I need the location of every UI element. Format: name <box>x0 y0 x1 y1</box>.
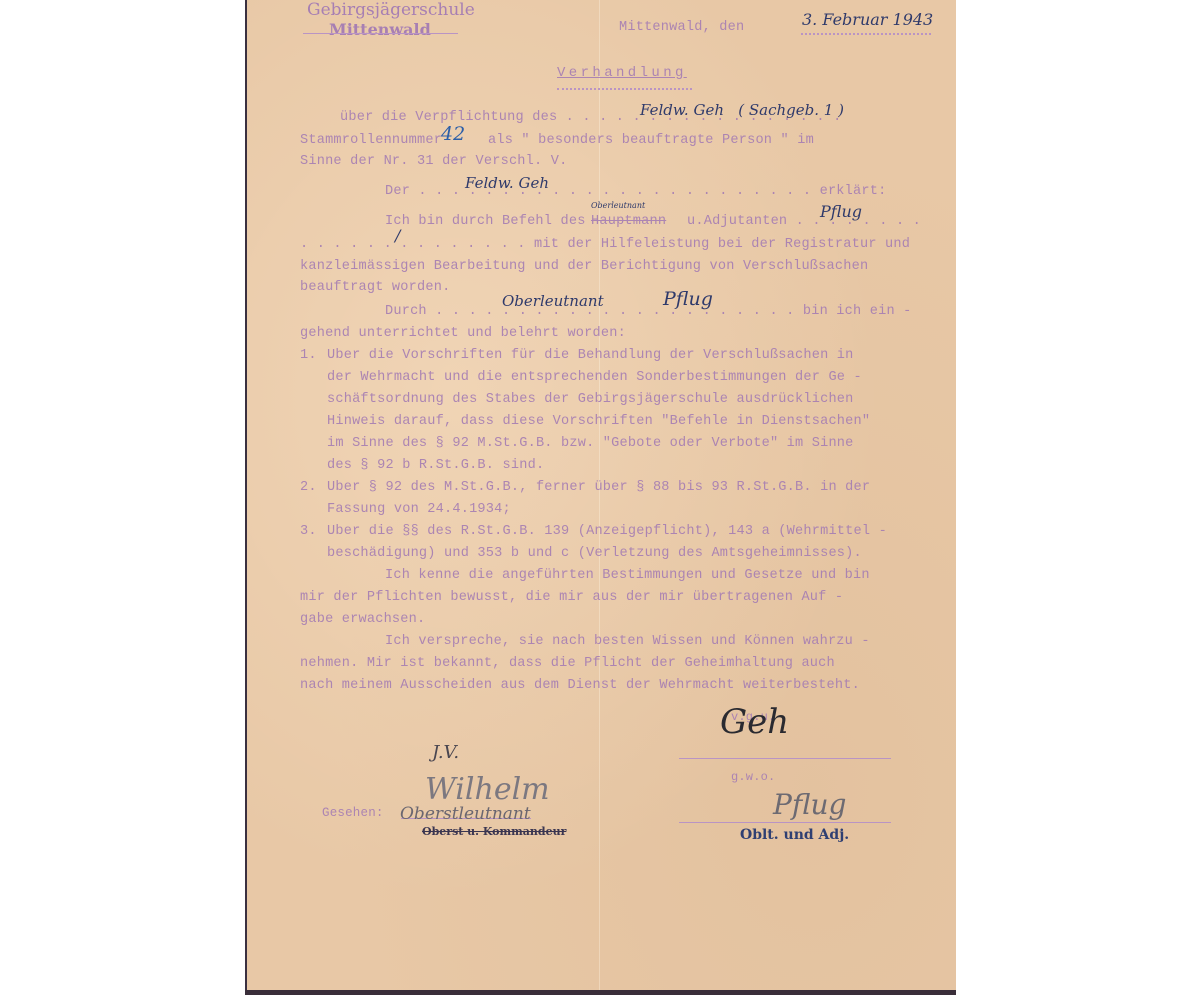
place-label: Mittenwald, den <box>619 20 744 35</box>
struck-rank: Hauptmann <box>591 214 666 229</box>
document-title: Verhandlung <box>557 65 687 81</box>
signature-line-top <box>679 758 891 759</box>
item-3-line: Über die §§ des R.St.G.B. 139 (Anzeigepf… <box>327 524 887 539</box>
item-2-line: Über § 92 des M.St.G.B., ferner über § 8… <box>327 480 870 495</box>
closing-para2-line: Ich verspreche, sie nach besten Wissen u… <box>385 634 870 649</box>
item-1-line: der Wehrmacht und die entsprechenden Son… <box>327 370 862 385</box>
date-handwritten: 3. Februar 1943 <box>802 10 933 29</box>
item-1-line: Hinweis darauf, dass diese Vorschriften … <box>327 414 870 429</box>
title-underline-dots <box>557 88 692 90</box>
assignment-line1b: u.Adjutanten . . . . . . . . <box>687 214 921 229</box>
item-2-line: Fassung von 24.4.1934; <box>327 502 511 517</box>
gwo-label: g.w.o. <box>731 770 775 784</box>
paper-edge <box>245 0 247 990</box>
closing-para1-line: mir der Pflichten bewusst, die mir aus d… <box>300 590 843 605</box>
assignment-line3: kanzleimässigen Bearbeitung und der Beri… <box>300 259 868 274</box>
letterhead-line2: Mittenwald <box>329 20 431 39</box>
item-2-number: 2. <box>300 480 317 495</box>
dash-mark-hand: / <box>395 226 400 245</box>
adjutant-signature: Pflug <box>773 788 846 821</box>
item-1-line: im Sinne des § 92 M.St.G.B. bzw. "Gebote… <box>327 436 854 451</box>
instructor-name-hand: Pflug <box>663 288 713 310</box>
date-dotted-line <box>801 33 931 35</box>
item-1-line: schäftsordnung des Stabes der Gebirgsjäg… <box>327 392 854 407</box>
intro-line3: Sinne der Nr. 31 der Verschl. V. <box>300 154 567 169</box>
closing-para1-line: gabe erwachsen. <box>300 612 425 627</box>
assignment-line2: . . . . . . . . . . . . . . mit der Hilf… <box>300 237 910 252</box>
intro-name-hand: Feldw. Geh ( Sachgeb. 1 ) <box>640 101 844 119</box>
assignment-line4: beauftragt worden. <box>300 280 450 295</box>
declarant-signature: Geh <box>720 702 789 742</box>
intro-line2-suffix: als " besonders beauftragte Person " im <box>488 133 814 148</box>
item-1-line: Über die Vorschriften für die Behandlung… <box>327 348 854 363</box>
instruction-line1: Durch . . . . . . . . . . . . . . . . . … <box>385 304 912 319</box>
signature-line-bottom <box>679 822 891 823</box>
document-page: Gebirgsjägerschule Mittenwald Mittenwald… <box>245 0 956 995</box>
letterhead-line1: Gebirgsjägerschule <box>307 0 475 20</box>
instruction-line2: gehend unterrichtet und belehrt worden: <box>300 326 626 341</box>
gesehen-label: Gesehen: <box>322 806 384 820</box>
inserted-rank-hand: Oberleutnant <box>591 201 645 210</box>
commander-stamp-struck: Oberst u. Kommandeur <box>422 825 566 838</box>
adjutant-name-hand: Pflug <box>820 202 862 221</box>
roll-number-hand: 42 <box>441 123 465 145</box>
rank-hand: Oberstleutnant <box>400 804 531 824</box>
item-1-line: des § 92 b R.St.G.B. sind. <box>327 458 544 473</box>
commander-signature: Wilhelm <box>425 772 550 807</box>
closing-para1-line: Ich kenne die angeführten Bestimmungen u… <box>385 568 870 583</box>
declarant-line: Der . . . . . . . . . . . . . . . . . . … <box>385 184 886 199</box>
adjutant-stamp: Oblt. und Adj. <box>740 827 849 843</box>
jv-prefix-hand: J.V. <box>432 742 459 763</box>
intro-line2-prefix: Stammrollennummer <box>300 133 442 148</box>
instructor-rank-hand: Oberleutnant <box>502 292 604 310</box>
item-3-number: 3. <box>300 524 317 539</box>
closing-para2-line: nach meinem Ausscheiden aus dem Dienst d… <box>300 678 860 693</box>
item-3-line: beschädigung) und 353 b und c (Verletzun… <box>327 546 862 561</box>
fold-crease <box>599 0 600 990</box>
assignment-line1a: Ich bin durch Befehl des <box>385 214 586 229</box>
closing-para2-line: nehmen. Mir ist bekannt, dass die Pflich… <box>300 656 835 671</box>
item-1-number: 1. <box>300 348 317 363</box>
declarant-hand: Feldw. Geh <box>465 174 549 192</box>
letterhead-rule <box>303 33 458 34</box>
